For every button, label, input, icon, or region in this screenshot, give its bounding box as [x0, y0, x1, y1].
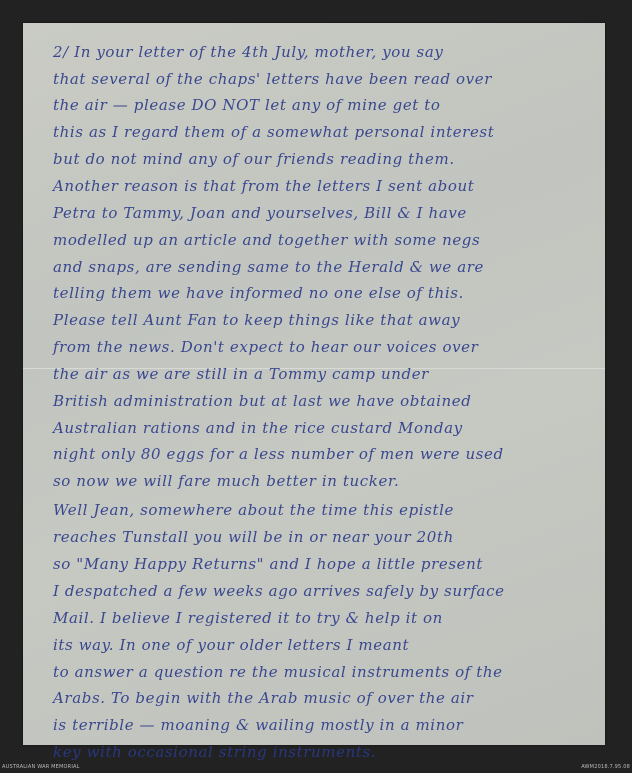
- letter-line: modelled up an article and together with…: [53, 231, 480, 249]
- letter-line: British administration but at last we ha…: [53, 392, 471, 410]
- letter-line: reaches Tunstall you will be in or near …: [53, 528, 454, 546]
- letter-line: but do not mind any of our friends readi…: [53, 150, 455, 168]
- letter-line: that several of the chaps' letters have …: [53, 70, 492, 88]
- archive-reference-number: AWM2018.7.95.08: [581, 764, 630, 770]
- letter-line: Petra to Tammy, Joan and yourselves, Bil…: [53, 204, 467, 222]
- letter-line: night only 80 eggs for a less number of …: [53, 445, 504, 463]
- letter-line: Arabs. To begin with the Arab music of o…: [53, 689, 474, 707]
- letter-line: the air as we are still in a Tommy camp …: [53, 365, 429, 383]
- letter-line: key with occasional string instruments.: [53, 743, 376, 761]
- letter-line: Mail. I believe I registered it to try &…: [53, 609, 443, 627]
- letter-line: Australian rations and in the rice custa…: [53, 419, 463, 437]
- letter-line: so now we will fare much better in tucke…: [53, 472, 399, 490]
- letter-line: Well Jean, somewhere about the time this…: [53, 501, 454, 519]
- letter-line: Please tell Aunt Fan to keep things like…: [53, 311, 460, 329]
- letter-line: Another reason is that from the letters …: [53, 177, 474, 195]
- archive-credit: AUSTRALIAN WAR MEMORIAL: [2, 764, 80, 770]
- letter-line: this as I regard them of a somewhat pers…: [53, 123, 494, 141]
- letter-line: the air — please DO NOT let any of mine …: [53, 96, 441, 114]
- letter-line: to answer a question re the musical inst…: [53, 663, 503, 681]
- letter-line: is terrible — moaning & wailing mostly i…: [53, 716, 463, 734]
- letter-line: I despatched a few weeks ago arrives saf…: [53, 582, 505, 600]
- letter-line: and snaps, are sending same to the Heral…: [53, 258, 484, 276]
- letter-line: its way. In one of your older letters I …: [53, 636, 409, 654]
- letter-line: so "Many Happy Returns" and I hope a lit…: [53, 555, 483, 573]
- letter-line: telling them we have informed no one els…: [53, 284, 464, 302]
- letter-line: from the news. Don't expect to hear our …: [53, 338, 478, 356]
- letter-line: 2/ In your letter of the 4th July, mothe…: [53, 43, 443, 61]
- letter-page: 2/ In your letter of the 4th July, mothe…: [23, 23, 605, 745]
